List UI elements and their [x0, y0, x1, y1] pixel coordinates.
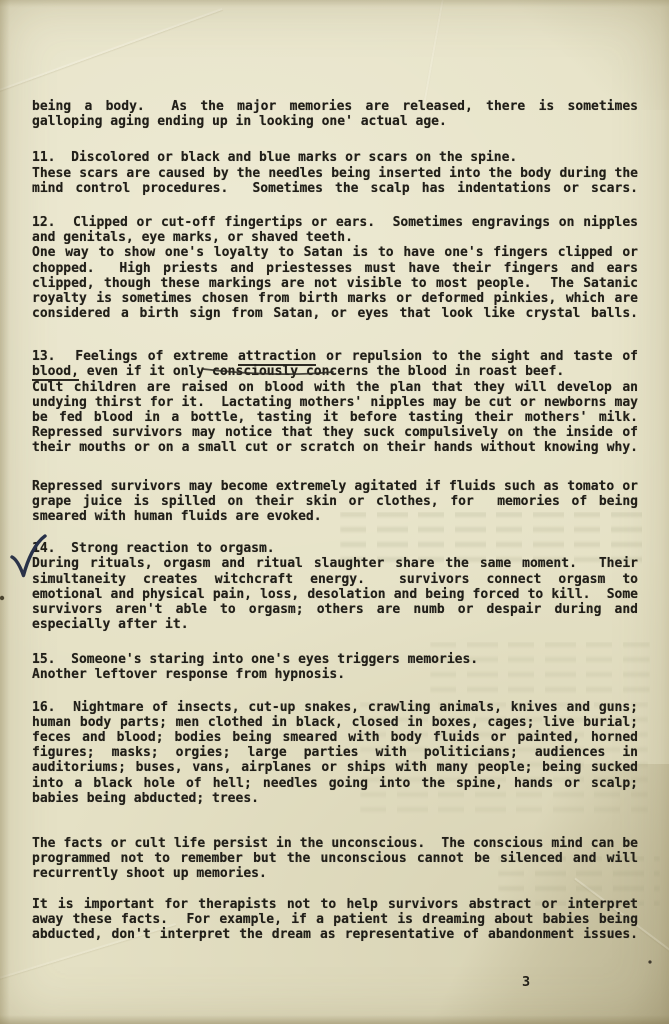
- text-line: During rituals, orgasm and ritual slaugh…: [32, 556, 638, 571]
- item-15: 15. Someone's staring into one's eyes tr…: [32, 652, 638, 682]
- text-line: 14. Strong reaction to orgasm.: [32, 541, 638, 556]
- item-16: 16. Nightmare of insects, cut-up snakes,…: [32, 700, 638, 806]
- scanned-page: being a body. As the major memories are …: [0, 0, 669, 1024]
- text-line: 15. Someone's staring into one's eyes tr…: [32, 652, 638, 667]
- document-body: being a body. As the major memories are …: [32, 99, 638, 942]
- text-line: into a black hole of hell; needles going…: [32, 776, 638, 791]
- text-line: 12. Clipped or cut-off fingertips or ear…: [32, 215, 638, 230]
- para-repressed-fluids: Repressed survivors may become extremely…: [32, 479, 638, 525]
- text-line: abducted, don't interpret the dream as r…: [32, 927, 638, 942]
- text-line: recurrently shoot up memories.: [32, 866, 638, 881]
- text-line: be fed blood in a bottle, tasting it bef…: [32, 410, 638, 425]
- text-line: feces and blood; bodies being smeared wi…: [32, 730, 638, 745]
- text-line: Repressed survivors may notice that they…: [32, 425, 638, 440]
- para-therapists-note: It is important for therapists not to he…: [32, 897, 638, 943]
- text-line: programmed not to remember but the uncon…: [32, 851, 638, 866]
- page-edge: [0, 0, 669, 7]
- text-line: considered a birth sign from Satan, or e…: [32, 306, 638, 321]
- text-line: It is important for therapists not to he…: [32, 897, 638, 912]
- text-line: Another leftover response from hypnosis.: [32, 667, 638, 682]
- text-line: auditoriums; buses, vans, airplanes or s…: [32, 760, 638, 775]
- text-line: clipped, though these markings are not v…: [32, 276, 638, 291]
- text-line: their mouths or on a small cut or scratc…: [32, 440, 638, 455]
- text-line: 13. Feelings of extreme attraction or re…: [32, 349, 638, 364]
- item-12: 12. Clipped or cut-off fingertips or ear…: [32, 215, 638, 321]
- page-edge: [0, 0, 10, 1024]
- text-line: human body parts; men clothed in black, …: [32, 715, 638, 730]
- ink-speck: [648, 960, 651, 963]
- paper-crease: [423, 0, 446, 103]
- item-13: 13. Feelings of extreme attraction or re…: [32, 349, 638, 455]
- page-edge: [0, 1015, 669, 1024]
- text-line: undying thirst for it. Lactating mothers…: [32, 395, 638, 410]
- text-line: The facts or cult life persist in the un…: [32, 836, 638, 851]
- text-line: and genitals, eye marks, or shaved teeth…: [32, 230, 638, 245]
- page-number: 3: [522, 974, 530, 990]
- text-line: One way to show one's loyalty to Satan i…: [32, 245, 638, 260]
- text-line: simultaneity creates witchcraft energy. …: [32, 572, 638, 587]
- text-line: blood, even if it only consciously conce…: [32, 364, 638, 379]
- text-line: galloping aging ending up in looking one…: [32, 114, 638, 129]
- para-intro-continued: being a body. As the major memories are …: [32, 99, 638, 129]
- paper-shade: [509, 0, 669, 110]
- text-line: royalty is sometimes chosen from birth m…: [32, 291, 638, 306]
- item-11: 11. Discolored or black and blue marks o…: [32, 150, 638, 196]
- text-line: These scars are caused by the needles be…: [32, 166, 638, 181]
- text-line: smeared with human fluids are evoked.: [32, 509, 638, 524]
- text-line: mind control procedures. Sometimes the s…: [32, 181, 638, 196]
- text-line: survivors aren't able to orgasm; others …: [32, 602, 638, 617]
- text-line: grape juice is spilled on their skin or …: [32, 494, 638, 509]
- text-line: Cult children are raised on blood with t…: [32, 380, 638, 395]
- para-facts-unconscious: The facts or cult life persist in the un…: [32, 836, 638, 882]
- text-line: emotional and physical pain, loss, desol…: [32, 587, 638, 602]
- item-14: 14. Strong reaction to orgasm.During rit…: [32, 541, 638, 632]
- text-line: figures; masks; orgies; large parties wi…: [32, 745, 638, 760]
- pen-underlined-word: blood,: [32, 364, 79, 381]
- text-line: Repressed survivors may become extremely…: [32, 479, 638, 494]
- text-line: 11. Discolored or black and blue marks o…: [32, 150, 638, 165]
- text-line: especially after it.: [32, 617, 638, 632]
- text-line: chopped. High priests and priestesses mu…: [32, 261, 638, 276]
- text-line: away these facts. For example, if a pati…: [32, 912, 638, 927]
- text-line: 16. Nightmare of insects, cut-up snakes,…: [32, 700, 638, 715]
- text-line: babies being abducted; trees.: [32, 791, 638, 806]
- paper-crease: [0, 8, 223, 98]
- text-line: being a body. As the major memories are …: [32, 99, 638, 114]
